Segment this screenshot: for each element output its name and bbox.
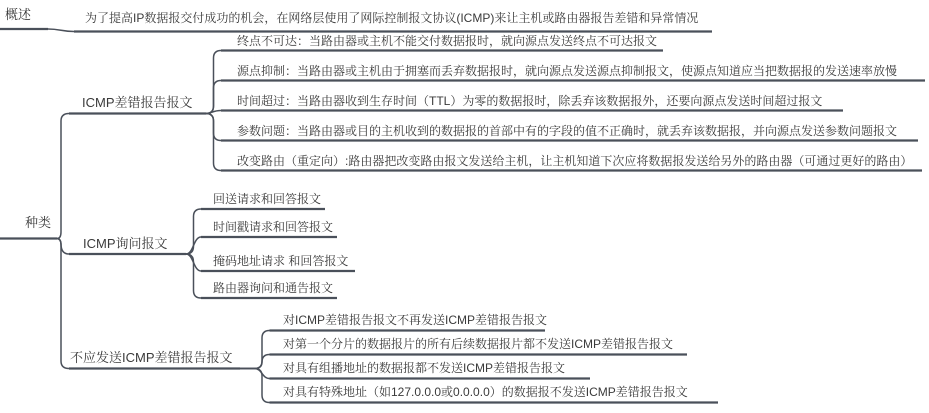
- branch-error-report-node[interactable]: ICMP差错报告报文: [82, 95, 193, 111]
- branch-error-child-time-exceeded[interactable]: 时间超过：当路由器收到生存时间（TTL）为零的数据报时，除丢弃该数据报外，还要向…: [237, 94, 822, 109]
- overview-label-node[interactable]: 概述: [5, 7, 31, 23]
- branch-connectors: [48, 29, 270, 403]
- branch-query-child-router[interactable]: 路由器询问和通告报文: [213, 281, 333, 296]
- branch-no-send-child-multicast[interactable]: 对具有组播地址的数据报都不发送ICMP差错报告报文: [283, 361, 565, 376]
- branch-no-send-child-fragments[interactable]: 对第一个分片的数据报片的所有后续数据报片都不发送ICMP差错报告报文: [283, 337, 673, 352]
- branch-error-child-unreachable[interactable]: 终点不可达：当路由器或主机不能交付数据报时，就向源点发送终点不可达报文: [237, 34, 657, 49]
- branch-error-child-parameter[interactable]: 参数问题：当路由器或目的主机收到的数据报的首部中有的字段的值不正确时，就丢弃该数…: [237, 124, 897, 139]
- root-node[interactable]: 种类: [25, 215, 51, 231]
- branch-query-child-mask[interactable]: 掩码地址请求 和回答报文: [213, 254, 348, 269]
- mindmap-canvas: 概述 为了提高IP数据报交付成功的机会，在网络层使用了网际控制报文协议(ICMP…: [0, 0, 929, 413]
- branch-query-child-echo[interactable]: 回送请求和回答报文: [213, 192, 321, 207]
- branch-error-child-source-quench[interactable]: 源点抑制：当路由器或主机由于拥塞而丢弃数据报时，就向源点发送源点抑制报文，使源点…: [237, 64, 897, 79]
- branch-query-node[interactable]: ICMP询问报文: [83, 236, 168, 252]
- branch-no-send-node[interactable]: 不应发送ICMP差错报告报文: [70, 350, 233, 366]
- branch-error-child-redirect[interactable]: 改变路由（重定向）:路由器把改变路由报文发送给主机，让主机知道下次应将数据报发送…: [237, 154, 912, 169]
- branch-no-send-child-icmp-error[interactable]: 对ICMP差错报告报文不再发送ICMP差错报告报文: [283, 313, 547, 328]
- branch-no-send-child-special-addr[interactable]: 对具有特殊地址（如127.0.0.0或0.0.0.0）的数据报不发送ICMP差错…: [283, 385, 688, 400]
- overview-text-node[interactable]: 为了提高IP数据报交付成功的机会，在网络层使用了网际控制报文协议(ICMP)来让…: [85, 11, 698, 26]
- branch-query-child-timestamp[interactable]: 时间戳请求和回答报文: [213, 220, 333, 235]
